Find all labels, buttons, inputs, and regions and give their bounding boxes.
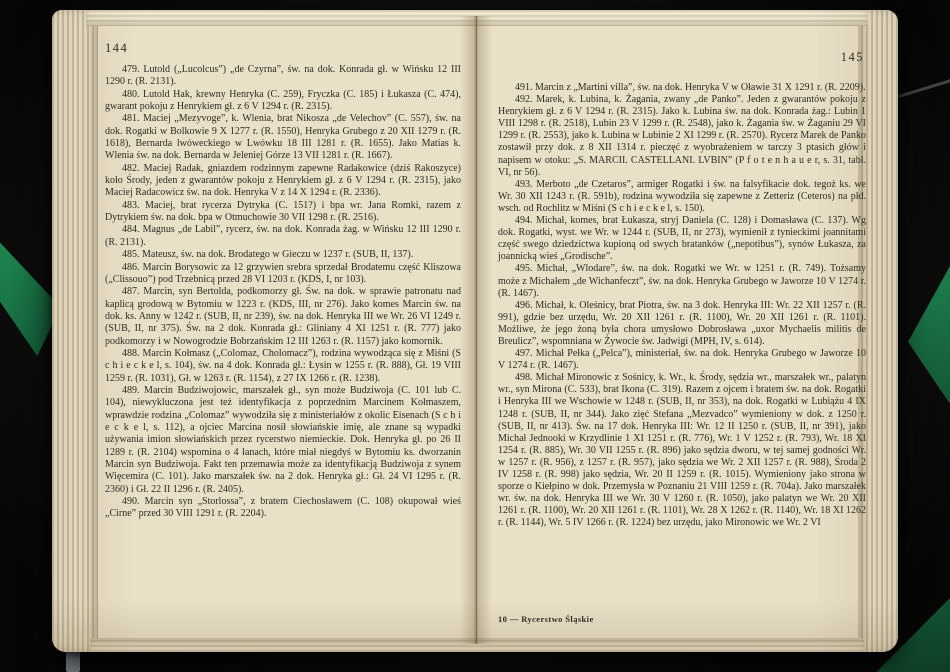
page-number-right: 145 <box>841 50 864 65</box>
backdrop: 144 479. Lutold („Lucolcus”) „de Czyrna”… <box>0 0 950 672</box>
entry-498: 498. Michał Mironowic z Sośnicy, k. Wr.,… <box>498 372 866 529</box>
page-number-left: 144 <box>105 41 128 56</box>
signature-footer: 10 — Rycerstwo Śląskie <box>498 614 594 624</box>
entry-494: 494. Michał, komes, brat Łukasza, stryj … <box>498 215 866 263</box>
book-gutter <box>460 16 492 644</box>
page-144-text: 479. Lutold („Lucolcus”) „de Czyrna”, św… <box>105 64 461 521</box>
entry-480: 480. Lutold Hak, krewny Henryka (C. 259)… <box>105 89 461 114</box>
entry-487: 487. Marcin, syn Bertolda, podkomorzy gł… <box>105 286 461 348</box>
open-book: 144 479. Lutold („Lucolcus”) „de Czyrna”… <box>52 10 898 652</box>
entry-482: 482. Maciej Radak, gniazdem rodzinnym za… <box>105 163 461 200</box>
entry-485: 485. Mateusz, św. na dok. Brodatego w Gi… <box>105 249 461 261</box>
entry-492: 492. Marek, k. Lubina, k. Żagania, zwany… <box>498 94 866 179</box>
entry-489: 489. Marcin Budziwojowic, marszałek gł.,… <box>105 385 461 496</box>
page-145-text: 491. Marcin z „Martini villa”, św. na do… <box>498 82 866 529</box>
entry-493: 493. Merboto „de Czetaros”, armiger Roga… <box>498 179 866 215</box>
page-edge-stack-left <box>52 10 98 652</box>
entry-497: 497. Michał Pełka („Pelca”), ministeriał… <box>498 348 866 372</box>
entry-479: 479. Lutold („Lucolcus”) „de Czyrna”, św… <box>105 64 461 89</box>
entry-495: 495. Michał, „Wlodare”, św. na dok. Roga… <box>498 263 866 299</box>
entry-496: 496. Michał, k. Oleśnicy, brat Piotra, ś… <box>498 300 866 348</box>
entry-486: 486. Marcin Borysowic za 12 grzywien sre… <box>105 262 461 287</box>
entry-488: 488. Marcin Kołmasz („Colomaz, Cholomacz… <box>105 348 461 385</box>
entry-483: 483. Maciej, brat rycerza Dytryka (C. 15… <box>105 200 461 225</box>
entry-481: 481. Maciej „Mezyvoge”, k. Wlenia, brat … <box>105 113 461 162</box>
entry-490: 490. Marcin syn „Storlossa”, z bratem Ci… <box>105 496 461 521</box>
green-accent-right <box>908 266 950 404</box>
page-144: 144 479. Lutold („Lucolcus”) „de Czyrna”… <box>98 10 460 652</box>
entry-491: 491. Marcin z „Martini villa”, św. na do… <box>498 82 866 94</box>
page-145: 145 491. Marcin z „Martini villa”, św. n… <box>492 10 868 652</box>
entry-484: 484. Magnus „de Labil”, rycerz, św. na d… <box>105 224 461 249</box>
